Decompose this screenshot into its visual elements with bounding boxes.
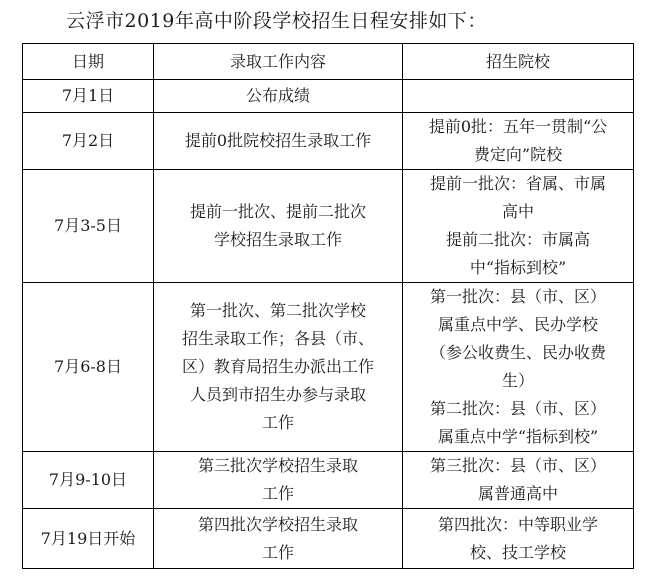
- schools-line: 第一批次：县（市、区）: [409, 283, 627, 311]
- header-schools: 招生院校: [403, 44, 634, 80]
- table-row: 7月19日开始 第四批次学校招生录取 工作 第四批次：中等职业学 校、技工学校: [23, 509, 634, 569]
- schools-cell: 第四批次：中等职业学 校、技工学校: [403, 509, 634, 569]
- table-row: 7月6-8日 第一批次、第二批次学校 招生录取工作；各县（市、 区）教育局招生办…: [23, 283, 634, 452]
- schools-line: （参公收费生、民办收费: [409, 339, 627, 367]
- schools-line: 第二批次：县（市、区）: [409, 395, 627, 423]
- table-row: 7月1日 公布成绩: [23, 80, 634, 113]
- admission-schedule-table: 日期 录取工作内容 招生院校 7月1日 公布成绩 7月2日 提前0批院校招生录取…: [22, 43, 634, 569]
- header-date: 日期: [23, 44, 154, 80]
- work-line: 工作: [160, 539, 396, 567]
- schools-cell: 第一批次：县（市、区） 属重点中学、民办学校 （参公收费生、民办收费 生） 第二…: [403, 283, 634, 452]
- date-cell: 7月3-5日: [23, 170, 154, 283]
- work-line: 提前一批次、提前二批次: [160, 198, 396, 226]
- table-row: 7月9-10日 第三批次学校招生录取 工作 第三批次：县（市、区） 属普通高中: [23, 452, 634, 509]
- work-line: 工作: [160, 409, 396, 437]
- work-line: 第四批次学校招生录取: [160, 511, 396, 539]
- work-line: 公布成绩: [160, 82, 396, 110]
- work-cell: 提前一批次、提前二批次 学校招生录取工作: [154, 170, 403, 283]
- schools-line: 提前二批次：市属高: [409, 226, 627, 254]
- date-cell: 7月19日开始: [23, 509, 154, 569]
- work-line: 提前0批院校招生录取工作: [160, 127, 396, 155]
- table-row: 7月2日 提前0批院校招生录取工作 提前0批：五年一贯制“公 费定向”院校: [23, 113, 634, 170]
- work-cell: 公布成绩: [154, 80, 403, 113]
- work-line: 第一批次、第二批次学校: [160, 297, 396, 325]
- schools-line: 费定向”院校: [409, 141, 627, 169]
- work-line: 第三批次学校招生录取: [160, 452, 396, 480]
- schools-line: 属重点中学、民办学校: [409, 311, 627, 339]
- date-cell: 7月6-8日: [23, 283, 154, 452]
- work-line: 学校招生录取工作: [160, 226, 396, 254]
- schools-line: 属普通高中: [409, 480, 627, 508]
- work-cell: 提前0批院校招生录取工作: [154, 113, 403, 170]
- date-cell: 7月1日: [23, 80, 154, 113]
- table-header-row: 日期 录取工作内容 招生院校: [23, 44, 634, 80]
- schools-line: 第三批次：县（市、区）: [409, 452, 627, 480]
- work-line: 招生录取工作；各县（市、: [160, 325, 396, 353]
- work-line: 区）教育局招生办派出工作: [160, 353, 396, 381]
- work-line: 工作: [160, 480, 396, 508]
- schools-line: 属重点中学“指标到校”: [409, 423, 627, 451]
- schools-line: 校、技工学校: [409, 539, 627, 567]
- date-cell: 7月9-10日: [23, 452, 154, 509]
- schools-cell: [403, 80, 634, 113]
- work-cell: 第四批次学校招生录取 工作: [154, 509, 403, 569]
- work-cell: 第一批次、第二批次学校 招生录取工作；各县（市、 区）教育局招生办派出工作 人员…: [154, 283, 403, 452]
- schools-line: 中“指标到校”: [409, 254, 627, 282]
- header-work-content: 录取工作内容: [154, 44, 403, 80]
- schools-cell: 提前一批次：省属、市属 高中 提前二批次：市属高 中“指标到校”: [403, 170, 634, 283]
- schools-line: 第四批次：中等职业学: [409, 511, 627, 539]
- document-title: 云浮市2019年高中阶段学校招生日程安排如下：: [66, 8, 487, 34]
- schools-cell: 提前0批：五年一贯制“公 费定向”院校: [403, 113, 634, 170]
- work-line: 人员到市招生办参与录取: [160, 381, 396, 409]
- schools-cell: 第三批次：县（市、区） 属普通高中: [403, 452, 634, 509]
- schools-line: 提前0批：五年一贯制“公: [409, 113, 627, 141]
- schools-line: 高中: [409, 198, 627, 226]
- table-row: 7月3-5日 提前一批次、提前二批次 学校招生录取工作 提前一批次：省属、市属 …: [23, 170, 634, 283]
- schools-line: 提前一批次：省属、市属: [409, 170, 627, 198]
- date-cell: 7月2日: [23, 113, 154, 170]
- work-cell: 第三批次学校招生录取 工作: [154, 452, 403, 509]
- schools-line: 生）: [409, 367, 627, 395]
